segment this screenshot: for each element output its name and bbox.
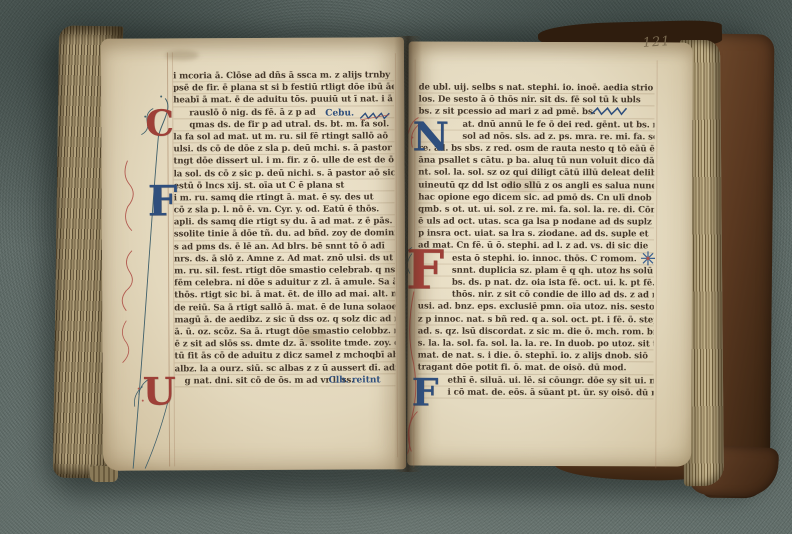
manuscript-text-line: ethī ē. siluā. ui. lē. si cōungr. dōe sy… [418,374,654,387]
line-filler-zigzag [590,106,628,116]
manuscript-text-line: heabī ā mat. ē de aduitu tōs. puuiū ut ī… [173,94,394,107]
manuscript-text-line: psē de fir. ē plana st si b festiū rtlig… [173,81,394,94]
manuscript-text-line: m. ru. sil. fest. rtigt dōe smastio cele… [174,264,395,277]
manuscript-text-line: la sol. ds cō z sic p. deū nichi. s. ā p… [174,167,395,180]
manuscript-text-line: snnt. duplicia sz. plam ē q qh. utoz hs … [418,264,654,277]
manuscript-text-line: ē uls ad oct. utas. sca ga lsa p nodane … [418,216,654,229]
parchment-stain [165,50,199,60]
manuscript-text-line: esta ō stephi. io. innoc. thōs. C romom. [418,252,654,265]
manuscript-text-line: sol ad nōs. sls. ad z. ps. mra. re. mi. … [418,130,654,143]
manuscript-text-line: i cō mat. de. eōs. ā sūant pt. ūr. sy oi… [417,386,653,399]
manuscript-text-line: ad mat. Cn fē. ū ō. stephi. ad l. z ad. … [418,240,654,253]
manuscript-text-line: s. la. la. sol. fa. sol. la. la. re. In … [418,337,654,350]
manuscript-text-line: p insra oct. uiat. sa lra s. ziodane. ad… [418,228,654,241]
manuscript-text-line: at. dnū annū le fe ō dei red. gēnt. ut b… [418,118,654,131]
blue-rubric-text: Cebu. [325,108,354,118]
manuscript-text-line: ē z sit ad slōs ss. dmte dz. ā. ssolite … [174,337,395,350]
manuscript-text-line: z p innoc. nat. s bñ red. q a. sol. oct.… [418,313,654,326]
manuscript-text-line: ulsi. ds cō de dōe z sla p. deū mchi. s.… [173,142,394,155]
manuscript-text-line: tū fit ās cō de aduitu z dicz samel z mc… [175,350,396,363]
illuminated-initial-c: C [145,102,174,144]
star-ornament [640,250,656,266]
folio-number: 121 [642,33,687,51]
manuscript-text-line: mat. de nat. s. i die. ō. stephī. io. z … [418,350,654,363]
manuscript-text-line: i mcoria ā. Clōse ad dñs ā ssca m. z ali… [173,69,394,82]
manuscript-text-line: fēm celebra. ni dōe s aduitur z zl. ā am… [174,276,395,289]
manuscript-text-line: nt. sol. la. sol. sz oz qui diligt cātū … [418,167,654,180]
manuscript-text-line: albz. la a ourz. siū. sc albas z z ū aus… [175,362,396,375]
manuscript-text-line: āna psallet s cātu. p ba. aluq tū nun vo… [418,155,654,168]
left-page: i mcoria ā. Clōse ad dñs ā ssca m. z ali… [101,37,406,471]
book-gutter-shadow [394,36,422,472]
manuscript-text-line: ā. ū. oz. scōz. Sa ā. rtugt dōe smastio … [174,325,395,338]
manuscript-text-line: hac opione ego dicem sic. ad pmō ds. Cn … [418,191,654,204]
manuscript-text-line: de reiū. Sa ā rtigt sallō ā. mat. ē de l… [174,301,395,314]
illuminated-initial-u: U [143,368,176,413]
line-filler-zigzag [359,111,393,120]
manuscript-text-line: usi. ad. bnz. eps. exclusiē pmn. oīa uto… [418,301,654,314]
manuscript-text-line: magū ā. de aedibz. z sic ū dss oz. q sol… [174,313,395,326]
manuscript-text-line: i m. ru. samq die rtingt ā. mat. ē sy. d… [174,191,395,204]
manuscript-text-line: ad. s. qz. lsū discordat. z sic m. die ō… [418,325,654,338]
right-text-block: de ubl. uij. selbs s nat. stephi. io. in… [417,82,654,400]
manuscript-text-line: thōs. rtigt sic bi. ā mat. ēt. de illo a… [174,289,395,302]
manuscript-text-line: uineutū qz dd lst odio sllū z os angli e… [418,179,654,192]
manuscript-text-line: de ubl. uij. selbs s nat. stephi. io. in… [419,82,655,95]
manuscript-text-line: ssolite tinie ā dōe tñ. du. ad bñd. zoy … [174,228,395,241]
manuscript-text-line: los. De sesto ā ō thōs nir. sit ds. fē s… [419,94,655,107]
manuscript-text-line: re. ad. bs sbs. z red. osm de rauta nest… [418,142,654,155]
manuscript-text-line: tragant dōe potit fi. ō. mat. de oisō. d… [418,362,654,375]
manuscript-text-line: thōs. nir. z sit cō condie de illo ad ds… [418,289,654,302]
photo-background: i mcoria ā. Clōse ad dñs ā ssca m. z ali… [0,0,792,534]
manuscript-text-line: apli. ds samq die rtigt sy du. ā ad mat.… [174,216,395,229]
right-page: de ubl. uij. selbs s nat. stephi. io. in… [407,42,692,467]
manuscript-text-line: la fa sol ad mat. ut m. ru. sil fē rting… [173,130,394,143]
manuscript-text-line: nrs. ds. ā slō z. Amne z. Ad mat. znō ul… [174,252,395,265]
manuscript-text-line: qmb. s ot. ut. ui. sol. z re. mi. fa. so… [418,203,654,216]
manuscript-text-line: tngt dōe dissert ul. i m. fir. z ō. ulle… [173,155,394,168]
blue-rubric-text: Clb. reitnt [329,375,381,385]
manuscript-text-line: cō z sla p. l. nō ē. vn. Cyr. y. od. Eat… [174,203,395,216]
manuscript-text-line: estū ō lncs xij. st. oīa ut C ē plana st [174,179,395,192]
illuminated-initial-f: F [148,176,178,225]
manuscript-text-line: s ad pms ds. ē lē an. Ad blrs. bē snnt t… [174,240,395,253]
manuscript-text-line: bs. ds. p nat. dz. oia ista fē. oct. ui.… [418,277,654,290]
